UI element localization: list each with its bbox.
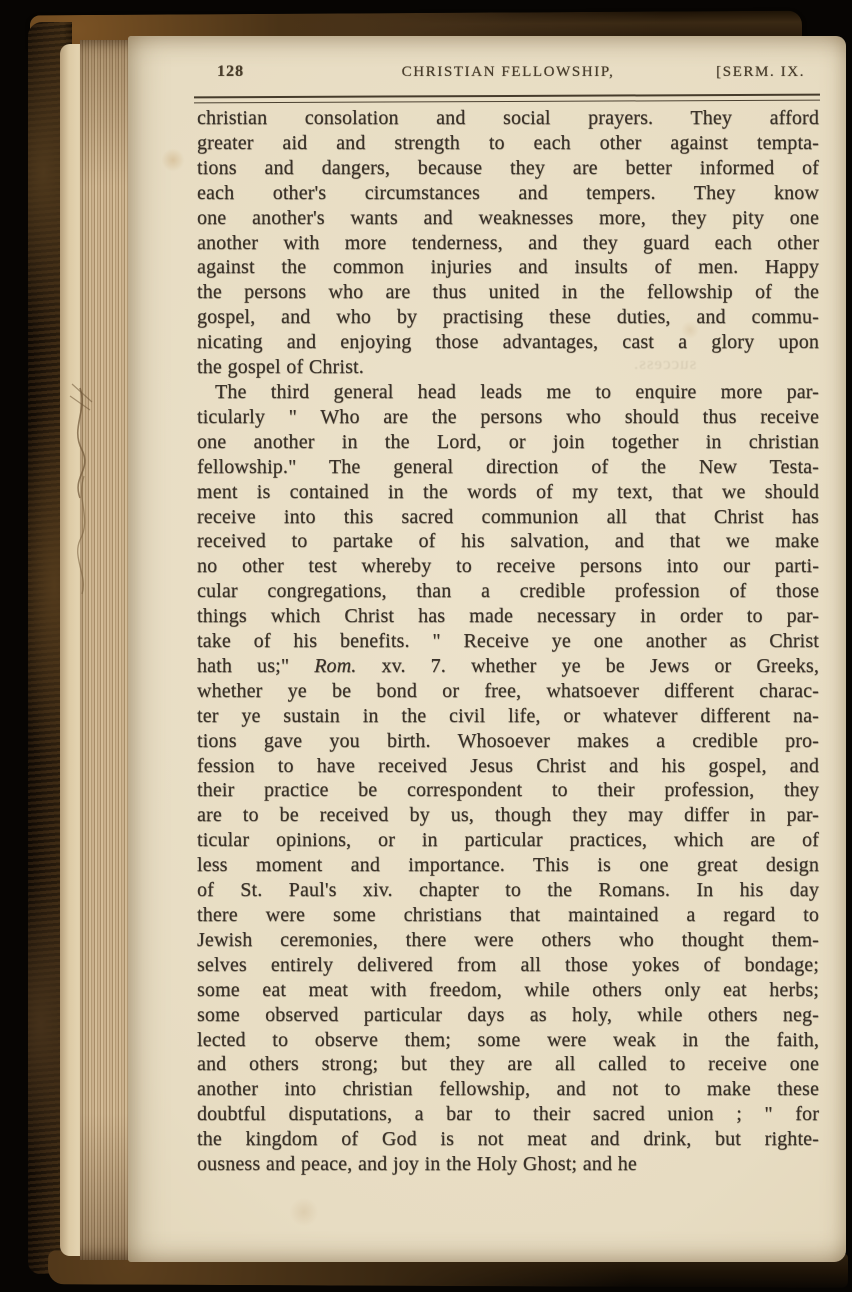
text-line: some eat meat with freedom, while others… xyxy=(197,978,819,1003)
page-edge-fibers xyxy=(58,380,108,640)
body-text: christian consolation and social prayers… xyxy=(197,106,819,1177)
text-line: another with more tenderness, and they g… xyxy=(197,231,819,256)
text-line: ter ye sustain in the civil life, or wha… xyxy=(197,704,819,729)
running-title: CHRISTIAN FELLOWSHIP, xyxy=(402,64,615,81)
text-line: there were some christians that maintain… xyxy=(197,903,819,928)
text-line: christian consolation and social prayers… xyxy=(197,106,819,131)
text-line: ticular opinions, or in particular pract… xyxy=(197,828,819,853)
text-line: lected to observe them; some were weak i… xyxy=(197,1028,819,1053)
text-line: whether ye be bond or free, whatsoever d… xyxy=(197,679,819,704)
text-line: one another in the Lord, or join togethe… xyxy=(197,430,819,455)
page-header: 128 CHRISTIAN FELLOWSHIP, [SERM. IX. xyxy=(197,63,819,81)
section-label: [SERM. IX. xyxy=(716,64,819,81)
text-line: each other's circumstances and tempers. … xyxy=(197,181,819,206)
text-line: tions gave you birth. Whosoever makes a … xyxy=(197,729,819,754)
text-line: less moment and importance. This is one … xyxy=(197,853,819,878)
text-line: things which Christ has made necessary i… xyxy=(197,604,819,629)
text-line: cular congregations, than a credible pro… xyxy=(197,579,819,604)
text-line: ticularly " Who are the persons who shou… xyxy=(197,405,819,430)
text-line: some observed particular days as holy, w… xyxy=(197,1003,819,1028)
page-number: 128 xyxy=(197,63,244,81)
text-line: tions and dangers, because they are bett… xyxy=(197,156,819,181)
text-line: received to partake of his salvation, an… xyxy=(197,529,819,554)
book-page: 128 CHRISTIAN FELLOWSHIP, [SERM. IX. suc… xyxy=(128,36,846,1262)
text-line: one another's wants and weaknesses more,… xyxy=(197,206,819,231)
text-line: the kingdom of God is not meat and drink… xyxy=(197,1127,819,1152)
text-line: doubtful disputations, a bar to their sa… xyxy=(197,1102,819,1127)
text-line: greater aid and strength to each other a… xyxy=(197,131,819,156)
text-line: their practice be correspondent to their… xyxy=(197,778,819,803)
text-line: gospel, and who by practising these duti… xyxy=(197,305,819,330)
text-line: the gospel of Christ. xyxy=(197,355,819,380)
text-line: are to be received by us, though they ma… xyxy=(197,803,819,828)
text-line: fession to have received Jesus Christ an… xyxy=(197,754,819,779)
text-line: against the common injuries and insults … xyxy=(197,255,819,280)
text-line: ousness and peace, and joy in the Holy G… xyxy=(197,1152,819,1177)
text-line: fellowship." The general direction of th… xyxy=(197,455,819,480)
text-line: receive into this sacred communion all t… xyxy=(197,505,819,530)
text-line: of St. Paul's xiv. chapter to the Romans… xyxy=(197,878,819,903)
header-rule xyxy=(194,94,820,104)
text-line: the persons who are thus united in the f… xyxy=(197,280,819,305)
text-line: The third general head leads me to enqui… xyxy=(197,380,819,405)
text-line: selves entirely delivered from all those… xyxy=(197,953,819,978)
text-line: ment is contained in the words of my tex… xyxy=(197,480,819,505)
text-line: and others strong; but they are all call… xyxy=(197,1052,819,1077)
text-line: take of his benefits. " Receive ye one a… xyxy=(197,629,819,654)
text-line: Jewish ceremonies, there were others who… xyxy=(197,928,819,953)
text-line: hath us;" Rom. xv. 7. whether ye be Jews… xyxy=(197,654,819,679)
text-line: nicating and enjoying those advantages, … xyxy=(197,330,819,355)
text-line: another into christian fellowship, and n… xyxy=(197,1077,819,1102)
text-line: no other test whereby to receive persons… xyxy=(197,554,819,579)
